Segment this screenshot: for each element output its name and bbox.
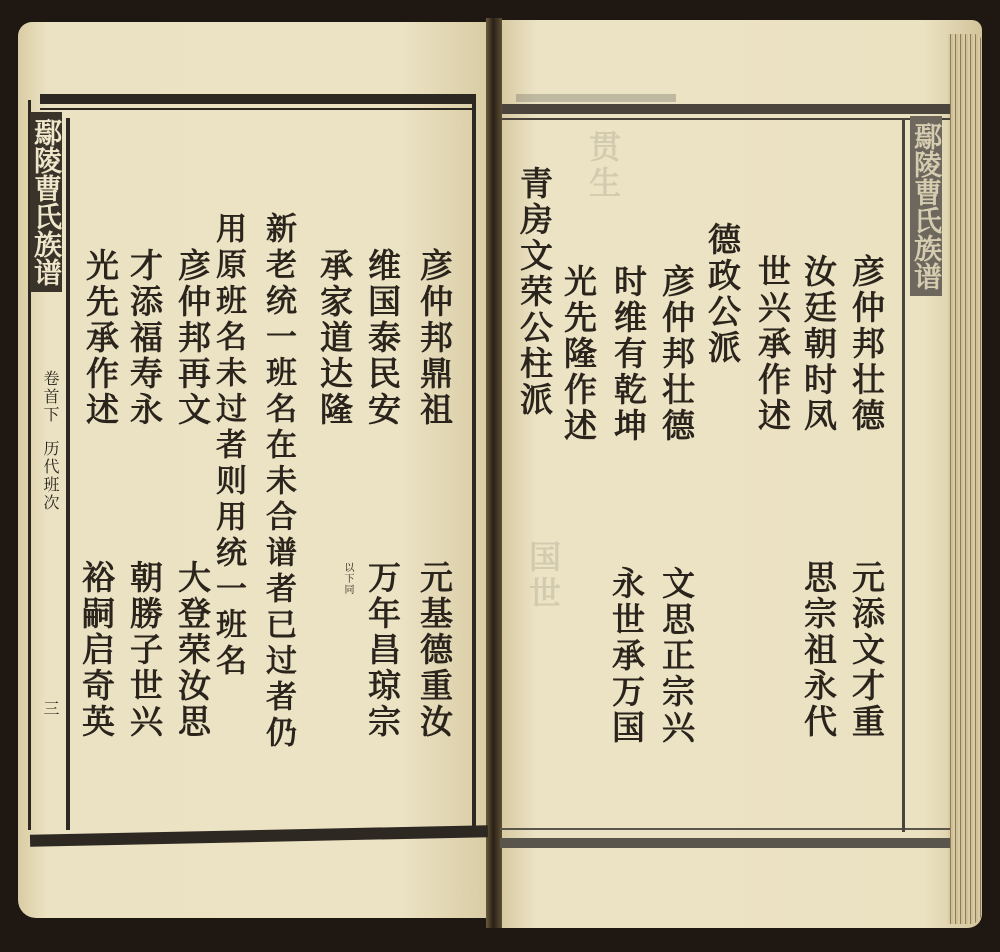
left-top-border [40, 94, 476, 104]
left-note-below-same: 以下同 [342, 562, 352, 595]
left-col-5: 才添福寿永 [128, 248, 161, 428]
right-col-3: 世兴承作述 [756, 254, 789, 434]
right-branch-title-dezheng: 德政公派 [706, 222, 739, 366]
left-col-2: 维国泰民安 [366, 248, 399, 428]
right-col-1: 彦仲邦壮德 [850, 254, 883, 434]
left-lower-col-1: 元基德重汝 [418, 560, 451, 740]
right-lower-col-3: 文思正宗兴 [660, 566, 693, 746]
show-through-text: 贯生 [580, 130, 626, 202]
left-margin-section: 卷首下 [42, 370, 58, 424]
left-col-4: 彦仲邦再文 [176, 248, 209, 428]
right-col-6: 光先隆作述 [562, 264, 595, 444]
right-top-border-thin [502, 118, 950, 120]
right-margin-title: 鄢陵曹氏族谱 [910, 116, 942, 296]
right-bottom-border-thin [500, 828, 950, 830]
left-margin-border [66, 118, 70, 830]
left-lower-col-5: 裕嗣启奇英 [80, 560, 113, 740]
left-col-1: 彦仲邦鼎祖 [418, 248, 451, 428]
page-edges [948, 34, 982, 924]
left-page [18, 22, 494, 918]
right-top-border [502, 104, 950, 114]
left-col-note-1: 新老统一班名在未合谱者已过者仍 [262, 212, 293, 752]
right-top-border-ghost [516, 94, 676, 102]
left-top-border-thin [40, 108, 476, 110]
left-page-number: 三 [42, 700, 58, 718]
right-branch-title-qingfang: 青房文荣公柱派 [518, 166, 551, 418]
left-col-6: 光先承作述 [84, 248, 117, 428]
left-col-3: 承家道达隆 [318, 248, 351, 428]
right-lower-col-4: 永世承万国 [610, 566, 643, 746]
left-lower-col-2: 万年昌琼宗 [366, 560, 399, 740]
right-margin-border [902, 120, 905, 832]
left-col-note-2: 用原班名未过者则用统一班名 [212, 212, 243, 680]
right-col-4: 彦仲邦壮德 [660, 264, 693, 444]
show-through-text: 国世 [520, 540, 566, 612]
right-lower-col-2: 思宗祖永代 [802, 560, 835, 740]
right-lower-col-1: 元添文才重 [850, 560, 883, 740]
left-lower-col-4: 朝勝子世兴 [128, 560, 161, 740]
left-inner-border [472, 100, 476, 830]
left-lower-col-3: 大登荣汝思 [176, 560, 209, 740]
left-margin-title: 鄢陵曹氏族谱 [30, 112, 62, 292]
right-bottom-border [500, 838, 950, 848]
right-col-2: 汝廷朝时凤 [802, 254, 835, 434]
left-margin-chapter: 历代班次 [42, 440, 58, 512]
book-gutter [486, 18, 502, 928]
right-col-5: 时维有乾坤 [612, 264, 645, 444]
